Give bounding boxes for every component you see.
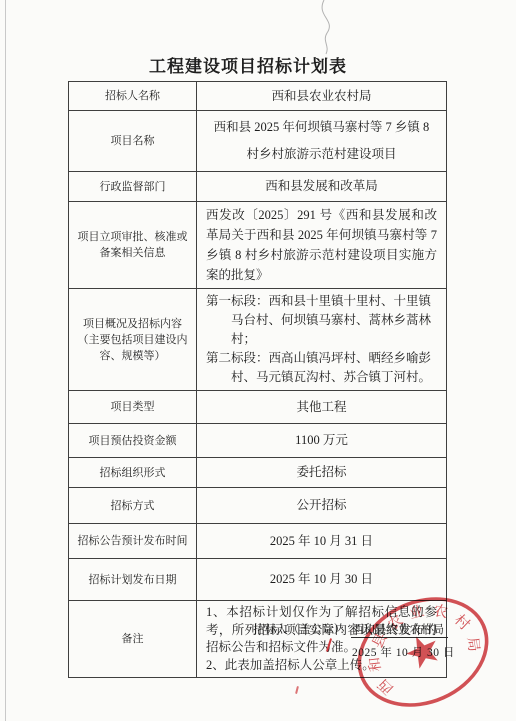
row-value: 西发改〔2025〕291 号《西和县发展和改革局关于西和县 2025 年何坝镇马… [197,202,446,288]
row-label: 备注 [69,601,197,677]
row-value: 公开招标 [197,488,446,523]
row-label: 招标方式 [69,488,197,523]
row-label: 行政监督部门 [69,172,197,201]
row-label: 项目类型 [69,391,197,423]
row-value: 2025 年 10 月 30 日 [197,559,446,600]
scan-stray-mark [312,0,344,56]
row-value: 西和县 2025 年何坝镇马寨村等 7 乡镇 8 村乡村旅游示范村建设项目 [197,111,446,171]
bidding-plan-table: 招标人名称 西和县农业农村局 项目名称 西和县 2025 年何坝镇马寨村等 7 … [68,81,447,678]
table-row: 项目立项审批、核准或备案相关信息 西发改〔2025〕291 号《西和县发展和改革… [69,202,446,289]
table-row: 项目概况及招标内容（主要包括项目建设内容、规模等） 第一标段：西和县十里镇十里村… [69,289,446,391]
signature-label: 招标人（盖公章）： [253,624,351,636]
stray-seal-mark [295,686,299,694]
table-row: 招标方式 公开招标 [69,488,446,524]
page-title: 工程建设项目招标计划表 [58,52,438,77]
row-label: 项目立项审批、核准或备案相关信息 [69,202,197,288]
scan-edge-line [5,0,6,721]
row-value: 委托招标 [197,458,446,487]
row-label: 项目预估投资金额 [69,424,197,457]
bid-section-line: 第一标段：西和县十里镇十里村、十里镇马台村、何坝镇马寨村、蒿林乡蒿林村； [206,292,437,349]
table-row: 项目名称 西和县 2025 年何坝镇马寨村等 7 乡镇 8 村乡村旅游示范村建设… [69,111,446,172]
row-label: 招标计划发布日期 [69,559,197,600]
row-value: 1100 万元 [197,424,446,457]
bid-section-line: 第二标段：西高山镇冯坪村、晒经乡喻彭村、马元镇瓦沟村、苏合镇丁河村。 [206,349,437,387]
table-row: 行政监督部门 西和县发展和改革局 [69,172,446,202]
row-value: 西和县发展和改革局 [197,172,446,201]
seal-star-icon [401,630,443,671]
table-row: 招标组织形式 委托招标 [69,458,446,488]
row-value: 2025 年 10 月 31 日 [197,524,446,558]
row-label: 项目名称 [69,111,197,171]
scanned-document-page: 工程建设项目招标计划表 招标人名称 西和县农业农村局 项目名称 西和县 2025… [0,0,516,721]
row-label: 项目概况及招标内容（主要包括项目建设内容、规模等） [69,289,197,390]
row-value: 第一标段：西和县十里镇十里村、十里镇马台村、何坝镇马寨村、蒿林乡蒿林村； 第二标… [197,289,446,390]
row-value: 其他工程 [197,391,446,423]
table-row: 项目预估投资金额 1100 万元 [69,424,446,458]
table-row: 项目类型 其他工程 [69,391,446,424]
row-value: 西和县农业农村局 [197,82,446,110]
table-row: 招标公告预计发布时间 2025 年 10 月 31 日 [69,524,446,559]
table-row: 招标人名称 西和县农业农村局 [69,82,446,111]
official-seal: 西和县农业农村局 [348,595,498,709]
row-label: 招标组织形式 [69,458,197,487]
row-label: 招标公告预计发布时间 [69,524,197,558]
row-label: 招标人名称 [69,82,197,110]
